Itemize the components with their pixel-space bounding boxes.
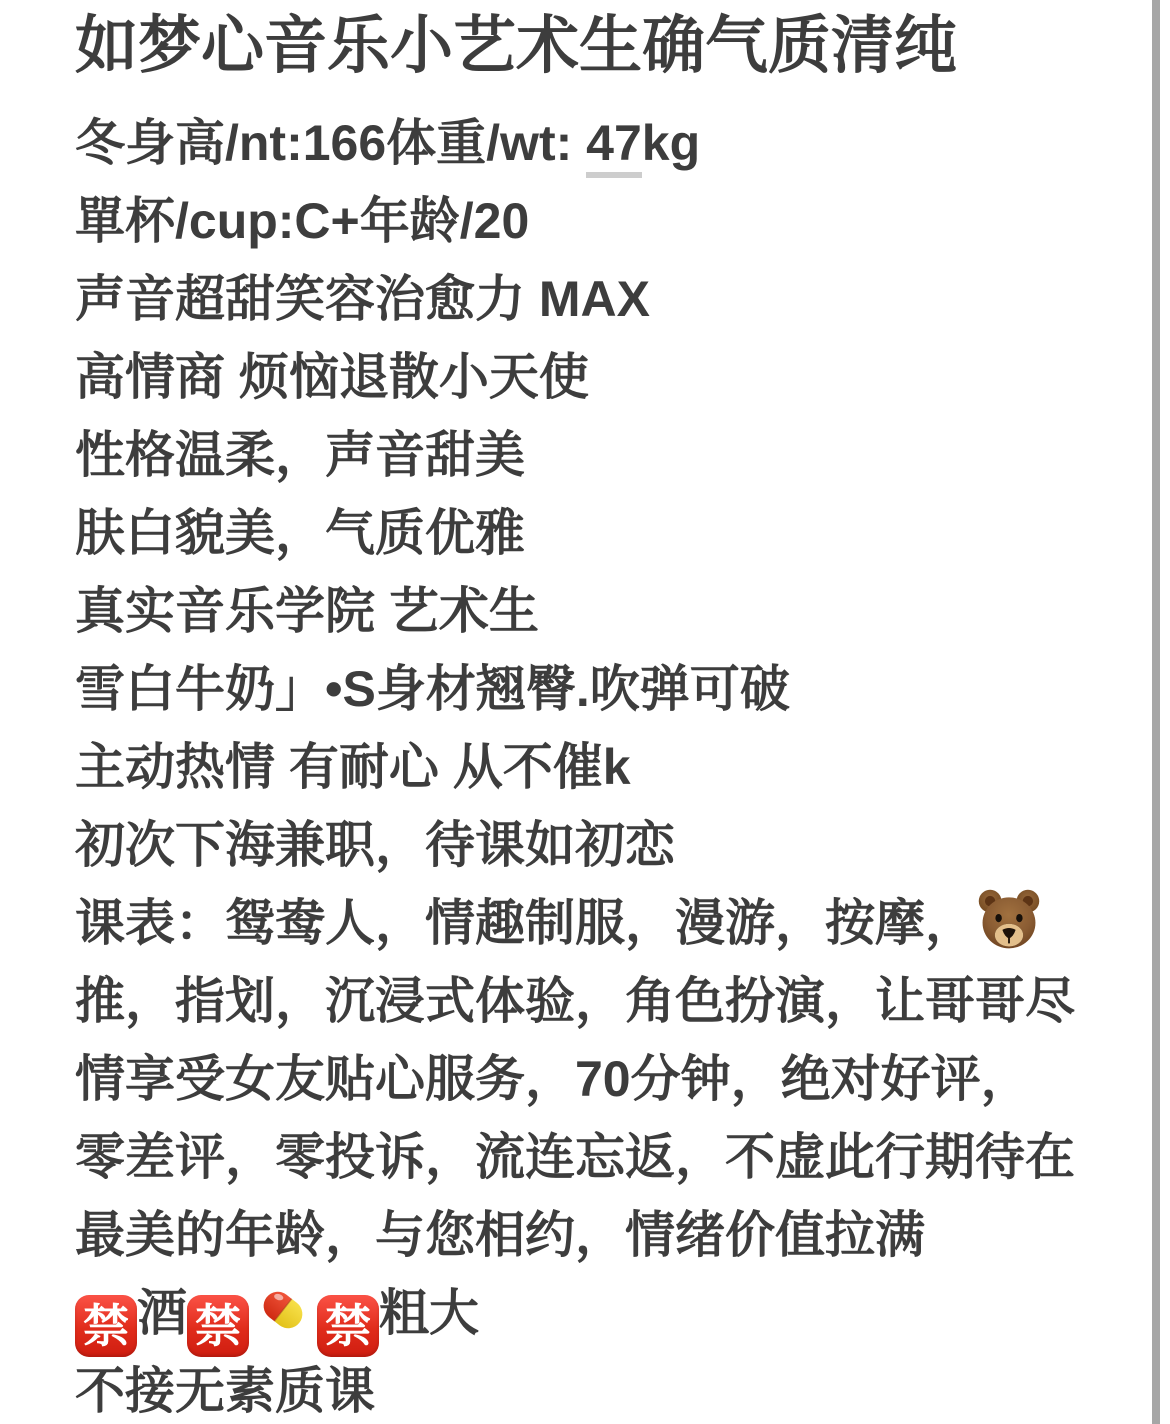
prohibited-icon: 禁 [187, 1295, 249, 1357]
schedule-line-1: 课表：鸳鸯人，情趣制服，漫游，按摩， [75, 884, 1110, 962]
prohibited-char: 禁 [195, 1295, 241, 1357]
content-page: 如梦心音乐小艺术生确气质清纯 冬身高/nt:166体重/wt: 47kg 單杯/… [0, 0, 1170, 1424]
prohibition-line: 禁酒禁 禁粗大 [75, 1274, 1110, 1352]
stats-line: 冬身高/nt:166体重/wt: 47kg [75, 104, 1110, 182]
last-line: 不接无素质课 [75, 1352, 1110, 1424]
underlined-weight-value[interactable]: 47 [586, 114, 642, 178]
pill-icon [249, 1276, 317, 1344]
schedule-line-2: 推，指划，沉浸式体验，角色扮演，让哥哥尽 [75, 962, 1110, 1040]
alcohol-text: 酒 [137, 1285, 187, 1341]
schedule-line-3: 情享受女友贴心服务，70分钟，绝对好评， [75, 1040, 1110, 1118]
prohibited-char: 禁 [83, 1295, 129, 1357]
prohibition-post-text: 粗大 [379, 1285, 479, 1341]
body-text: 冬身高/nt:166体重/wt: 47kg 單杯/cup:C+年龄/20 声音超… [75, 104, 1110, 1424]
character-line: 性格温柔，声音甜美 [75, 416, 1110, 494]
eq-line: 高情商 烦恼退散小天使 [75, 338, 1110, 416]
page-title: 如梦心音乐小艺术生确气质清纯 [75, 2, 1110, 90]
voice-line: 声音超甜笑容治愈力 MAX [75, 260, 1110, 338]
skin-line: 肤白貌美，气质优雅 [75, 494, 1110, 572]
prohibited-icon: 禁 [317, 1295, 379, 1357]
stats-post: kg [642, 115, 700, 171]
schedule-line-5: 最美的年龄，与您相约，情绪价值拉满 [75, 1196, 1110, 1274]
schedule-text-1: 课表：鸳鸯人，情趣制服，漫游，按摩， [75, 895, 975, 951]
college-line: 真实音乐学院 艺术生 [75, 572, 1110, 650]
schedule-line-4: 零差评，零投诉，流连忘返，不虚此行期待在 [75, 1118, 1110, 1196]
prohibited-char: 禁 [325, 1295, 371, 1357]
first-time-line: 初次下海兼职，待课如初恋 [75, 806, 1110, 884]
milk-line: 雪白牛奶」•S身材翘臀.吹弹可破 [75, 650, 1110, 728]
patience-line: 主动热情 有耐心 从不催k [75, 728, 1110, 806]
bear-icon [975, 886, 1043, 954]
scrollbar[interactable] [1152, 0, 1160, 1424]
cup-line: 單杯/cup:C+年龄/20 [75, 182, 1110, 260]
prohibited-icon: 禁 [75, 1295, 137, 1357]
stats-pre: 冬身高/nt:166体重/wt: [75, 115, 586, 171]
